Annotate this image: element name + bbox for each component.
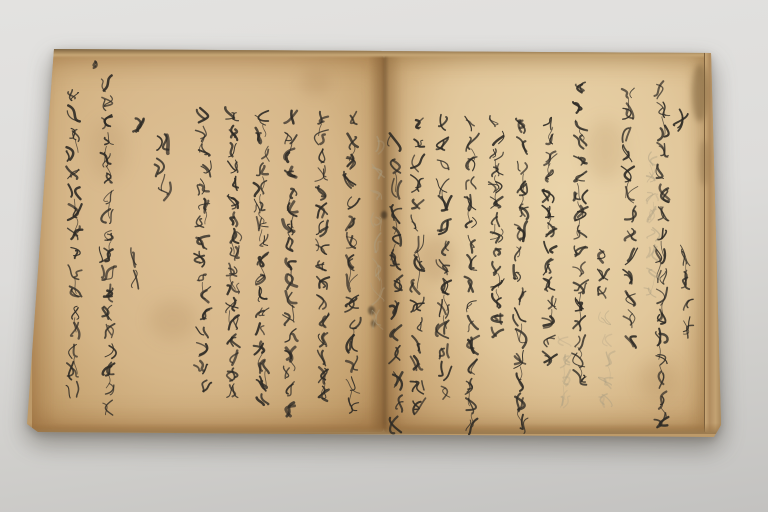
- showthrough-column: [644, 152, 660, 297]
- side-right-label: [133, 118, 143, 131]
- margin-note: [680, 245, 693, 338]
- text-column: [436, 115, 452, 399]
- book: [0, 0, 768, 512]
- judgement-label: [598, 249, 610, 298]
- text-column: [488, 116, 504, 337]
- text-column: [654, 81, 670, 427]
- text-column: [254, 111, 270, 405]
- text-column: [99, 76, 116, 416]
- gutter-column: [371, 137, 385, 330]
- text-column: [283, 111, 298, 416]
- text-column: [410, 118, 425, 414]
- text-column: [621, 88, 638, 348]
- book-cover-and-pages: [0, 0, 768, 512]
- showthrough-column: [598, 311, 614, 407]
- photograph-of-manuscript-book: 右 判もと 俤手朔に 十三番 右 官平: [0, 0, 768, 512]
- text-column: [225, 107, 241, 397]
- text-column: [572, 82, 589, 384]
- text-column: [343, 112, 360, 414]
- header-right-label: [674, 109, 688, 130]
- text-column: [542, 118, 557, 366]
- calligraphy-ink-layer: [0, 0, 768, 512]
- pause-mark: [94, 61, 97, 68]
- text-column: [314, 112, 329, 401]
- showthrough-column: [558, 337, 571, 408]
- text-column: [388, 133, 403, 433]
- text-column: [513, 119, 528, 434]
- text-column: [465, 116, 479, 434]
- text-column: [66, 90, 82, 398]
- poet-name: [131, 248, 139, 289]
- text-column: [194, 108, 212, 392]
- round-label: [155, 134, 171, 200]
